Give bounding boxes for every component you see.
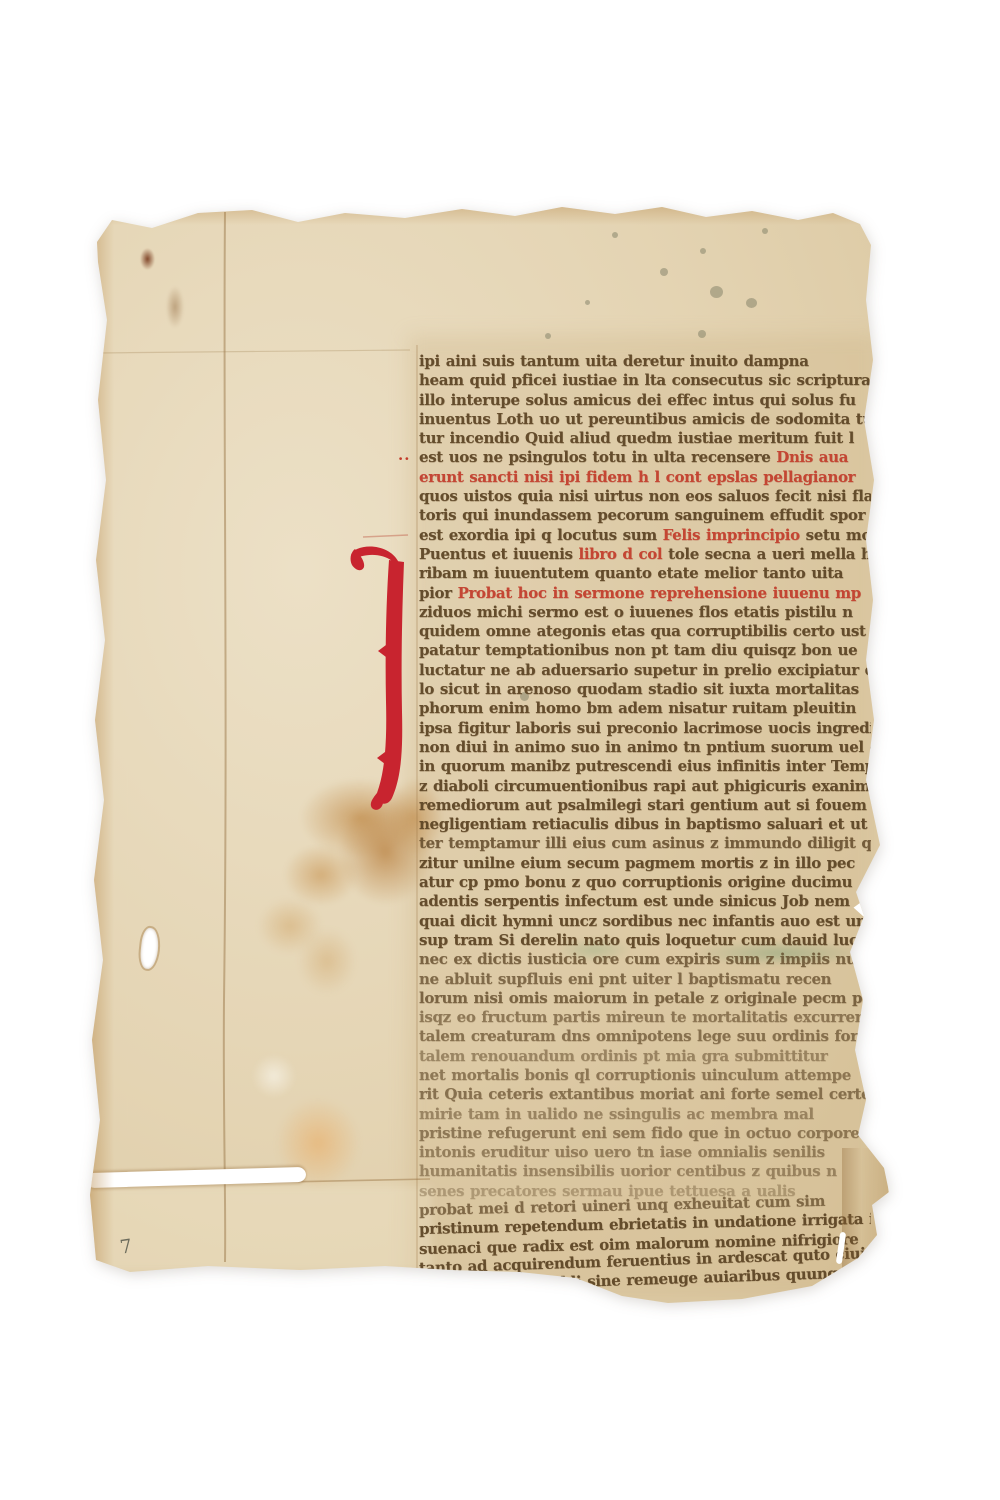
edge-vignette <box>0 0 1000 1500</box>
parchment-leaf-shape: ipi aini suis tantum uita deretur inuito… <box>0 0 1000 1500</box>
photo-background: ipi aini suis tantum uita deretur inuito… <box>0 0 1000 1500</box>
manuscript-leaf: ipi aini suis tantum uita deretur inuito… <box>0 0 1000 1500</box>
